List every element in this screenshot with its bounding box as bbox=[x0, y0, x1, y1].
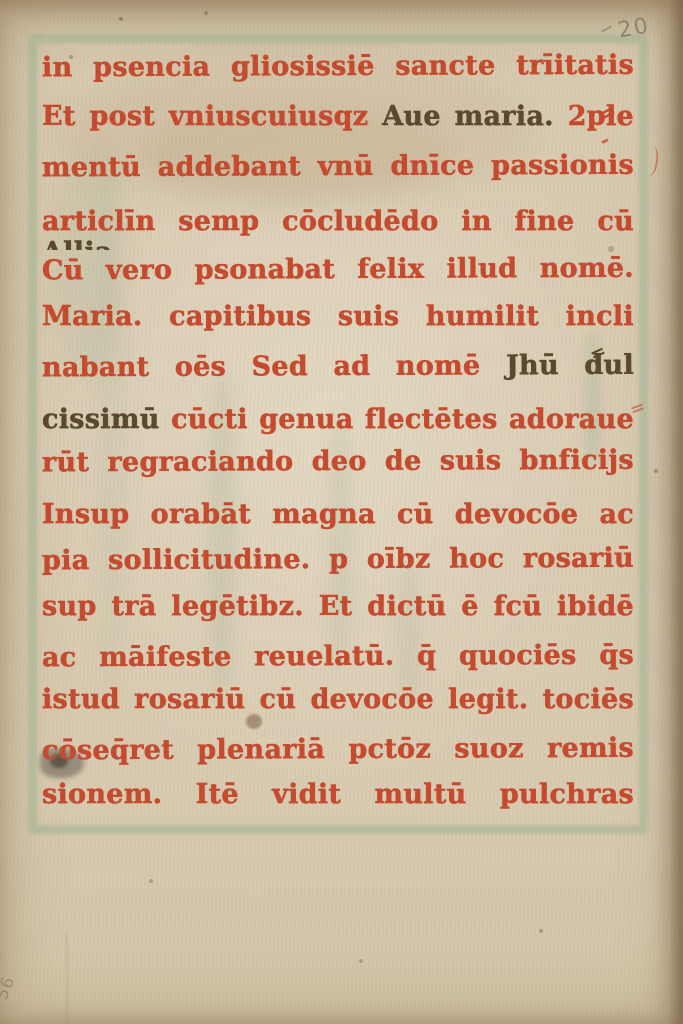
manuscript-line-11: pia sollicitudine. p oībz hoc rosariū bbox=[42, 543, 634, 590]
red-ink-text: Cū vero psonabat felix illud nomē. bbox=[42, 253, 634, 287]
parchment-page: in psencia gliosissiē sancte trīitatisEt… bbox=[0, 0, 683, 1024]
manuscript-line-14: istud rosariū cū devocōe legit. tociēs bbox=[42, 684, 634, 728]
manuscript-line-9: rūt regraciando deo de suis bnficijs bbox=[42, 445, 634, 492]
red-ink-text: ac māifeste reuelatū. q̄ quociēs q̄s bbox=[42, 640, 634, 674]
text-block: in psencia gliosissiē sancte trīitatisEt… bbox=[0, 0, 683, 1024]
manuscript-line-16: sionem. Itē vidit multū pulchras bbox=[42, 779, 634, 823]
manuscript-line-6: Maria. capitibus suis humilit incli bbox=[42, 301, 634, 345]
red-ink-text: Insup orabāt magna cū devocōe ac bbox=[42, 499, 634, 530]
dark-ink-text: Allia bbox=[42, 237, 113, 250]
manuscript-line-5: Cū vero psonabat felix illud nomē. bbox=[42, 253, 634, 300]
manuscript-line-3: mentū addebant vnū dnīce passionis bbox=[42, 150, 634, 197]
red-ink-text: sionem. Itē vidit multū pulchras bbox=[42, 779, 634, 810]
red-ink-text: articlīn semp cōcludēdo in fine cū bbox=[42, 206, 634, 237]
red-ink-text: in psencia gliosissiē sancte trīitatis bbox=[42, 50, 634, 84]
red-ink-text: rūt regraciando deo de suis bnficijs bbox=[42, 445, 634, 479]
red-ink-text: cūcti genua flectētes adoraue bbox=[171, 404, 634, 435]
manuscript-line-7: nabant oēs Sed ad nomē Jhū dul bbox=[42, 350, 634, 397]
red-ink-text: Et post vniuscuiusqz bbox=[42, 101, 382, 132]
dark-ink-text: cissimū bbox=[42, 404, 171, 435]
manuscript-line-12: sup trā legētibz. Et dictū ē fcū ibidē bbox=[42, 591, 634, 635]
red-ink-text: sup trā legētibz. Et dictū ē fcū ibidē bbox=[42, 591, 634, 622]
manuscript-line-2: Et post vniuscuiusqz Aue maria. 2ple bbox=[42, 101, 634, 145]
dark-ink-text: Jhū dul bbox=[506, 350, 634, 382]
dark-ink-text: Aue maria. bbox=[382, 101, 568, 132]
manuscript-photo: in psencia gliosissiē sancte trīitatisEt… bbox=[0, 0, 683, 1024]
manuscript-line-10: Insup orabāt magna cū devocōe ac bbox=[42, 499, 634, 543]
manuscript-line-15: cōseq̄ret plenariā pctōz suoz remis bbox=[42, 733, 634, 780]
manuscript-line-8: cissimū cūcti genua flectētes adoraue bbox=[42, 404, 634, 448]
manuscript-line-1: in psencia gliosissiē sancte trīitatis bbox=[42, 50, 634, 97]
red-ink-text: cōseq̄ret plenariā pctōz suoz remis bbox=[42, 733, 634, 767]
red-ink-text: Maria. capitibus suis humilit incli bbox=[42, 301, 634, 332]
red-ink-text: pia sollicitudine. p oībz hoc rosariū bbox=[42, 543, 634, 577]
red-ink-text: mentū addebant vnū dnīce passionis bbox=[42, 150, 634, 184]
manuscript-line-4: articlīn semp cōcludēdo in fine cū Allia bbox=[42, 206, 634, 250]
red-ink-text: nabant oēs Sed ad nomē bbox=[42, 350, 506, 383]
manuscript-line-13: ac māifeste reuelatū. q̄ quociēs q̄s bbox=[42, 640, 634, 687]
red-ink-text: istud rosariū cū devocōe legit. tociēs bbox=[42, 684, 634, 715]
